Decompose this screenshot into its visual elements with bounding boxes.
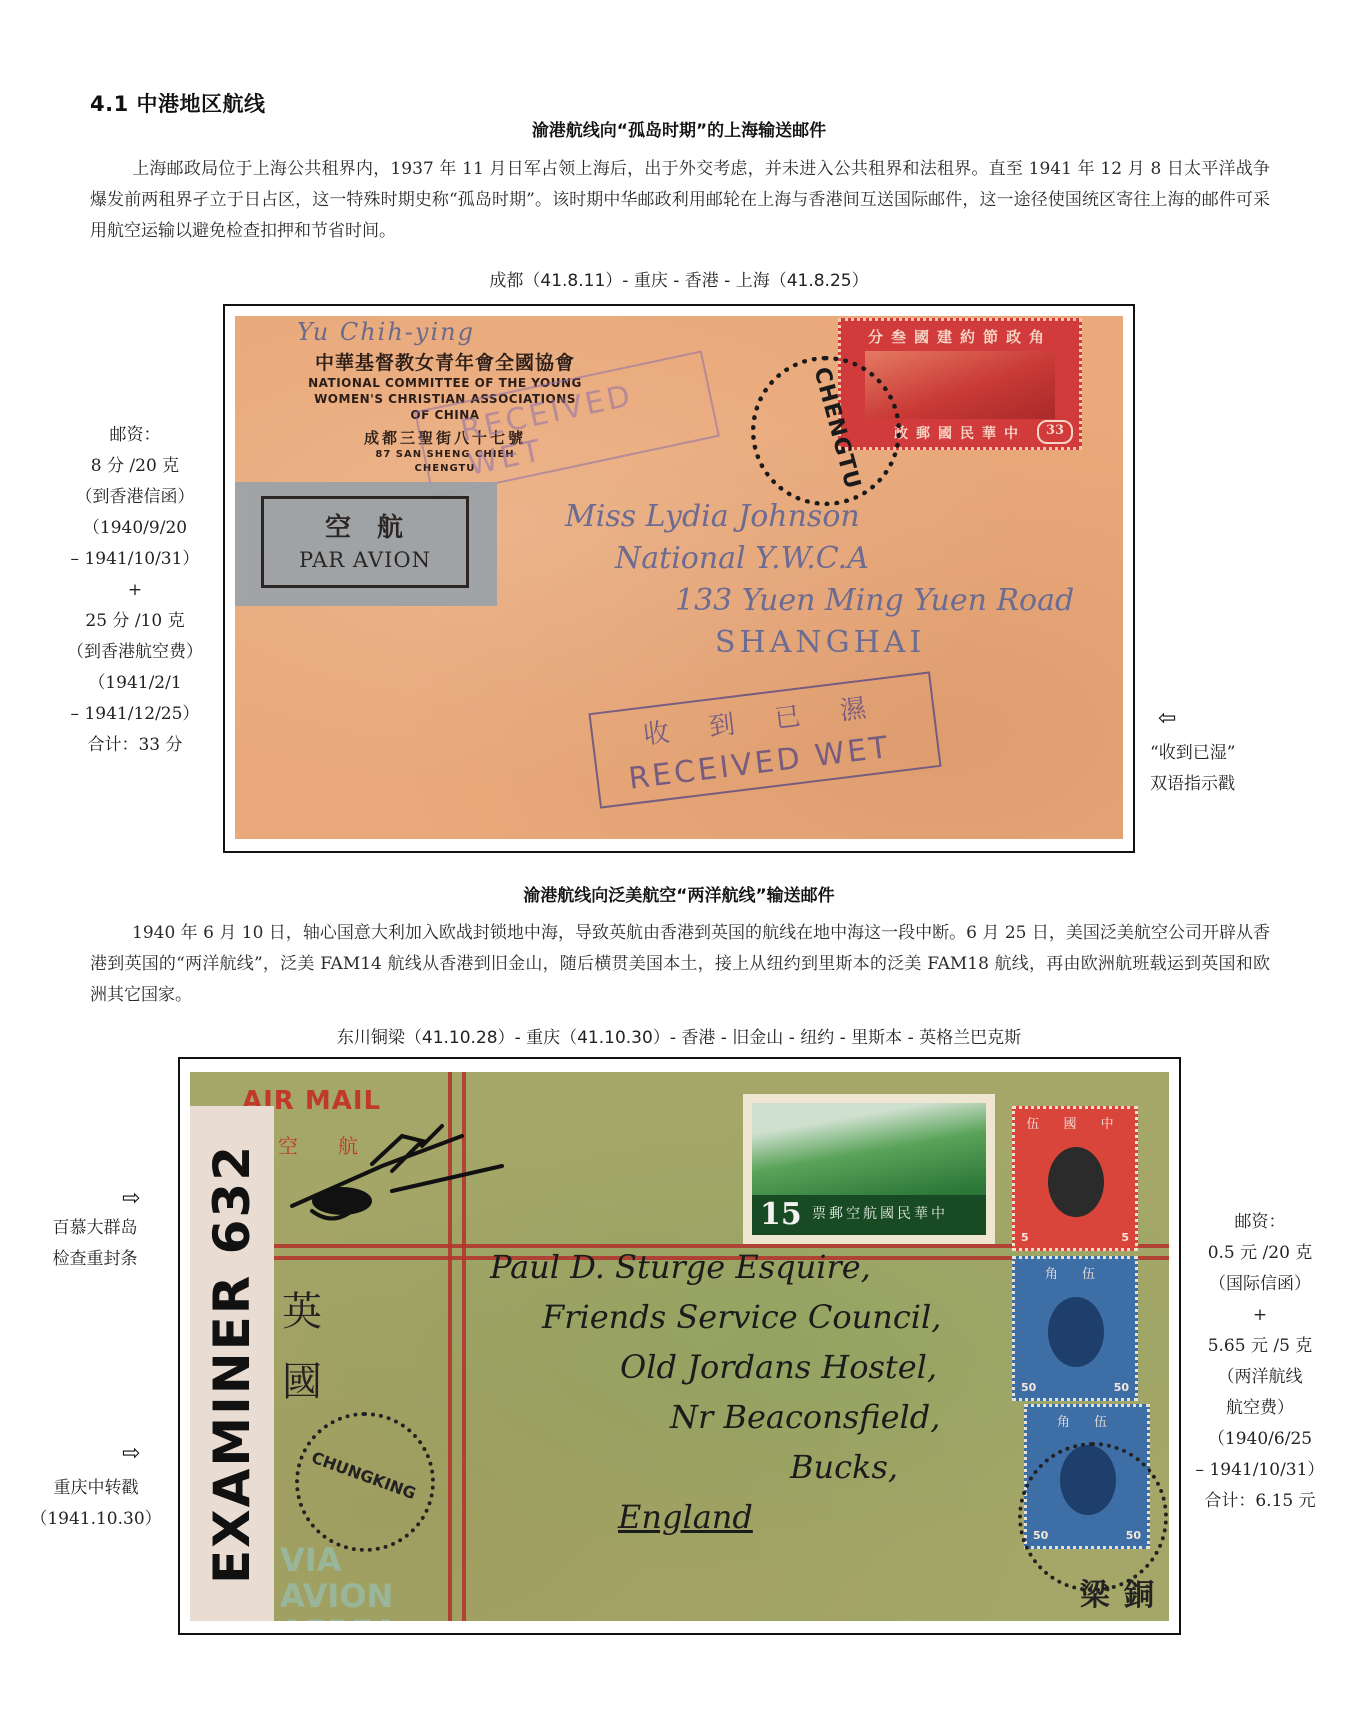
address-line: Nr Beaconsfield, [490,1392,941,1442]
address-line: SHANGHAI [565,622,1074,664]
postage-line: – 1941/12/25） [60,699,210,730]
part1-subtitle: 渝港航线向“孤岛时期”的上海输送邮件 [0,116,1358,141]
address-line: Old Jordans Hostel, [490,1342,941,1392]
annotation-line: 重庆中转戳 [28,1473,164,1504]
par-avion-fr: PAR AVION [264,548,466,572]
stamp-blue-values: 5050 [1021,1381,1129,1394]
stamp-val: 5 [1021,1231,1029,1244]
section-heading: 4.1 中港地区航线 [90,88,266,118]
cover2-image: AIR MAIL 空航 英 國 VIA AVION AEREA CHUNGKIN… [190,1072,1169,1621]
part1-annotation: “收到已湿” 双语指示戳 [1150,738,1280,800]
cover1-address: Miss Lydia Johnson National Y.W.C.A 133 … [565,496,1074,664]
cover1-signature: Yu Chih-ying [297,318,475,346]
right-arrow-icon: ⇨ [122,1443,140,1465]
chungking-postmark: CHUNGKING [295,1412,435,1552]
bermuda-annotation: 百慕大群岛 检查重封条 [30,1213,160,1275]
annotation-line: 百慕大群岛 [30,1213,160,1244]
stamp-red-corner: 伍 國 中 [1021,1113,1129,1132]
airplane-icon [272,1116,512,1226]
chungking-postmark-text: CHUNGKING [309,1448,418,1503]
stamp-top-text: 分叁國建約節政角 [847,326,1073,348]
side-cn-char: 英 [282,1277,322,1347]
address-line: Bucks, [490,1442,941,1492]
annotation-line: “收到已湿” [1150,738,1280,769]
address-line: Miss Lydia Johnson [565,496,1074,538]
annotation-line: （1941.10.30） [28,1504,164,1535]
par-avion-cn: 空航 [264,507,466,544]
part2-postage-note: 邮资： 0.5 元 /20 克 （国际信函） + 5.65 元 /5 克 （两洋… [1190,1207,1330,1517]
via-line: AVION [280,1578,398,1614]
left-arrow-icon: ⇦ [1158,708,1176,730]
cover1-image: Yu Chih-ying 中華基督教女青年會全國協會 NATIONAL COMM… [235,316,1123,839]
address-line: England [490,1492,941,1542]
tongliang-text: 梁銅 [1080,1570,1168,1614]
right-arrow-icon: ⇨ [122,1188,140,1210]
stamp-blue-corner: 角 伍 [1021,1263,1129,1282]
postage-line: （1940/6/25 [1190,1424,1330,1455]
stamp-red-5: 伍 國 中 55 [1012,1106,1138,1251]
side-cn-char: 國 [282,1347,322,1417]
postage-line: （到香港信函） [60,482,210,513]
part2-subtitle: 渝港航线向泛美航空“两洋航线”输送邮件 [0,881,1358,906]
cover2-address: Paul D. Sturge Esquire, Friends Service … [490,1242,941,1542]
address-line: Paul D. Sturge Esquire, [490,1242,941,1292]
part1-route: 成都（41.8.11）- 重庆 - 香港 - 上海（41.8.25） [0,266,1358,291]
stamp-value: 33 [1037,420,1073,444]
part2-paragraph: 1940 年 6 月 10 日，轴心国意大利加入欧战封锁地中海，导致英航由香港到… [90,918,1270,1011]
par-avion-label: 空航 PAR AVION [235,482,497,606]
postage-line: （1940/9/20 [60,513,210,544]
postage-line: 邮资： [1190,1207,1330,1238]
part1-paragraph: 上海邮政局位于上海公共租界内，1937 年 11 月日军占领上海后，出于外交考虑… [90,154,1270,247]
censor-label: EXAMINER 632 [203,1144,261,1584]
stamp-portrait [1048,1297,1104,1367]
annotation-line: 检查重封条 [30,1244,160,1275]
received-wet-stamp: 收到已濕 RECEIVED WET [588,671,941,808]
chongqing-transit-annotation: 重庆中转戳 （1941.10.30） [28,1473,164,1535]
address-line: 133 Yuen Ming Yuen Road [565,580,1074,622]
address-line: National Y.W.C.A [565,538,1074,580]
postage-line: （1941/2/1 [60,668,210,699]
postage-line: 25 分 /10 克 [60,606,210,637]
address-line: Friends Service Council, [490,1292,941,1342]
cover1-sender-cn: 中華基督教女青年會全國協會 [285,348,605,375]
postage-line: 航空费） [1190,1393,1330,1424]
part2-route: 东川铜梁（41.10.28）- 重庆（41.10.30）- 香港 - 旧金山 -… [0,1023,1358,1048]
postage-line: （国际信函） [1190,1269,1330,1300]
stamp-airmail-15: 15 票郵空航國民華中 [743,1094,995,1244]
par-avion-box: 空航 PAR AVION [261,496,469,588]
postage-line: 5.65 元 /5 克 [1190,1331,1330,1362]
stamp-green-band: 15 票郵空航國民華中 [752,1195,986,1235]
part1-postage-note: 邮资： 8 分 /20 克 （到香港信函） （1940/9/20 – 1941/… [60,420,210,761]
via-line: AEREA [280,1614,398,1621]
stamp-portrait [1048,1147,1104,1217]
stamp-val: 50 [1114,1381,1129,1394]
postage-line: + [1190,1300,1330,1331]
postage-line: – 1941/10/31） [60,544,210,575]
postage-line: 邮资： [60,420,210,451]
postage-line: （到香港航空费） [60,637,210,668]
stamp-blue-corner: 角 伍 [1033,1411,1141,1430]
postage-line: 8 分 /20 克 [60,451,210,482]
censor-strip: EXAMINER 632 [190,1106,274,1621]
postage-line: 合计：6.15 元 [1190,1486,1330,1517]
annotation-line: 双语指示戳 [1150,769,1280,800]
stamp-val: 50 [1021,1381,1036,1394]
postage-line: 合计：33 分 [60,730,210,761]
england-cn: 英 國 [282,1277,322,1417]
postmark-text: CHENGTU [808,365,865,493]
stamp-green-value: 15 [760,1197,802,1232]
stamp-green-cn: 票郵空航國民華中 [812,1203,948,1223]
stamp-red-values: 55 [1021,1231,1129,1244]
chengtu-postmark: CHENGTU [751,356,901,506]
via-avion-text: VIA AVION AEREA [280,1542,398,1621]
stamp-blue-50: 角 伍 5050 [1012,1256,1138,1401]
part1-paragraph-text: 上海邮政局位于上海公共租界内，1937 年 11 月日军占领上海后，出于外交考虑… [90,159,1270,241]
postage-line: – 1941/10/31） [1190,1455,1330,1486]
stamp-val: 5 [1121,1231,1129,1244]
postage-line: 0.5 元 /20 克 [1190,1238,1330,1269]
postage-line: （两洋航线 [1190,1362,1330,1393]
postage-line: + [60,575,210,606]
part2-paragraph-text: 1940 年 6 月 10 日，轴心国意大利加入欧战封锁地中海，导致英航由香港到… [90,923,1270,1005]
